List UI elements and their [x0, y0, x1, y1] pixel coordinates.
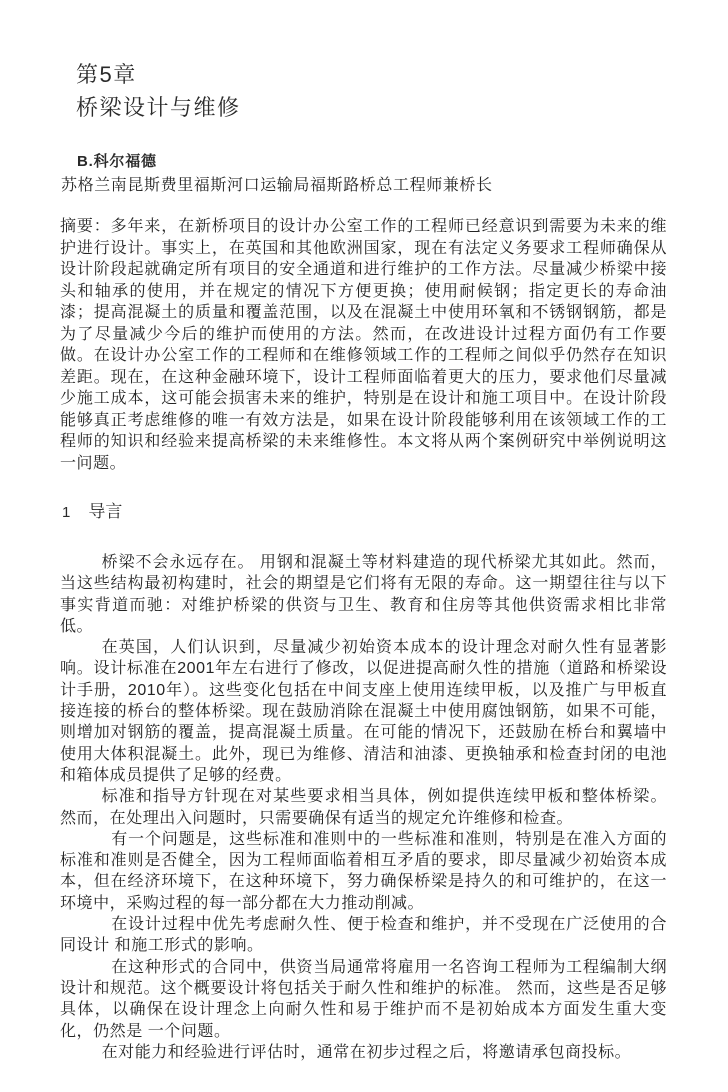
chapter-label: 第5章 [76, 58, 667, 91]
body-paragraph: 在对能力和经验进行评估时，通常在初步过程之后，将邀请承包商投标。 [60, 1042, 667, 1063]
body-paragraph: 在设计过程中优先考虑耐久性、便于检查和维护，并不受现在广泛使用的合同设计 和施工… [60, 914, 667, 957]
byline: B.科尔福德 苏格兰南昆斯费里福斯河口运输局福斯路桥总工程师兼桥长 [60, 151, 667, 197]
body-paragraph: 在这种形式的合同中，供资当局通常将雇用一名咨询工程师为工程编制大纲设计和规范。这… [60, 957, 667, 1042]
section-heading: 1导言 [60, 500, 667, 525]
page-title: 桥梁设计与维修 [76, 91, 667, 124]
document-page: 第5章 桥梁设计与维修 B.科尔福德 苏格兰南昆斯费里福斯河口运输局福斯路桥总工… [0, 0, 728, 1092]
body-paragraph: 标准和指导方针现在对某些要求相当具体，例如提供连续甲板和整体桥梁。 然而，在处理… [60, 786, 667, 829]
section-title: 导言 [88, 502, 122, 521]
body-paragraph: 有一个问题是，这些标准和准则中的一些标准和准则，特别是在准入方面的标准和准则是否… [60, 829, 667, 914]
author-affiliation: 苏格兰南昆斯费里福斯河口运输局福斯路桥总工程师兼桥长 [61, 174, 667, 197]
body-paragraph: 桥梁不会永远存在。 用钢和混凝土等材料建造的现代桥梁尤其如此。然而，当这些结构最… [60, 552, 667, 637]
section-body: 桥梁不会永远存在。 用钢和混凝土等材料建造的现代桥梁尤其如此。然而，当这些结构最… [60, 552, 667, 1063]
author-name: B.科尔福德 [77, 151, 667, 173]
chapter-header: 第5章 桥梁设计与维修 [76, 58, 667, 124]
abstract-paragraph: 摘要：多年来，在新桥项目的设计办公室工作的工程师已经意识到需要为未来的维护进行设… [60, 216, 667, 474]
body-paragraph: 在英国，人们认识到，尽量减少初始资本成本的设计理念对耐久性有显著影响。设计标准在… [60, 637, 667, 786]
section-number: 1 [62, 501, 70, 525]
